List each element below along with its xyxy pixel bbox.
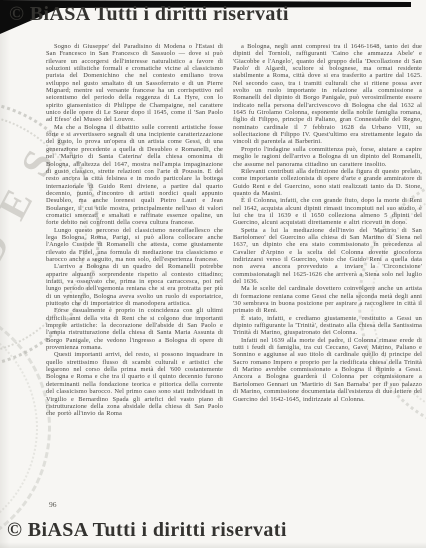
paragraph: a Bologna, negli anni compresi tra il 16…: [233, 43, 422, 146]
paragraph: Ma che a Bologna il dibattito sulle corr…: [46, 124, 223, 227]
page-number: 96: [49, 500, 57, 509]
watermark-top: © BiASA Tutti i diritti riservati: [9, 3, 289, 26]
paragraph: Rilevanti contributi alla definizione de…: [233, 168, 422, 197]
paragraph: È stato, infatti, e crediamo giustamente…: [233, 315, 422, 337]
paragraph: È il Colonna, infatti, che con grande fi…: [233, 197, 422, 226]
watermark-bottom: © BiASA Tutti i diritti riservati: [7, 519, 287, 542]
paragraph: Forse casualmente è proprio in coinciden…: [46, 307, 223, 351]
scanned-page: D E S © BiASA Tutti i diritti riservati …: [0, 0, 426, 548]
paragraph: Infatti nel 1639 alla morte del padre, i…: [233, 337, 422, 403]
paragraph: Sogno di Giuseppe' del Paradisino di Mod…: [46, 43, 223, 124]
paragraph: Ma le scelte del cardinale dovettero coi…: [233, 285, 422, 314]
text-column-left: Sogno di Giuseppe' del Paradisino di Mod…: [46, 43, 223, 418]
paragraph: L'arrivo a Bologna di un quadro del Roma…: [46, 263, 223, 307]
paragraph: Proprio l'indagine sulla committenza può…: [233, 146, 422, 168]
paragraph: Lungo questo percorso del classicismo ne…: [46, 227, 223, 264]
text-column-right: a Bologna, negli anni compresi tra il 16…: [233, 43, 422, 403]
embossed-library-stamp-left-lower: [0, 300, 51, 548]
paragraph: Questi importanti arrivi, del resto, si …: [46, 351, 223, 417]
paragraph: Spetta a lui la mediazione dell'invio de…: [233, 227, 422, 286]
